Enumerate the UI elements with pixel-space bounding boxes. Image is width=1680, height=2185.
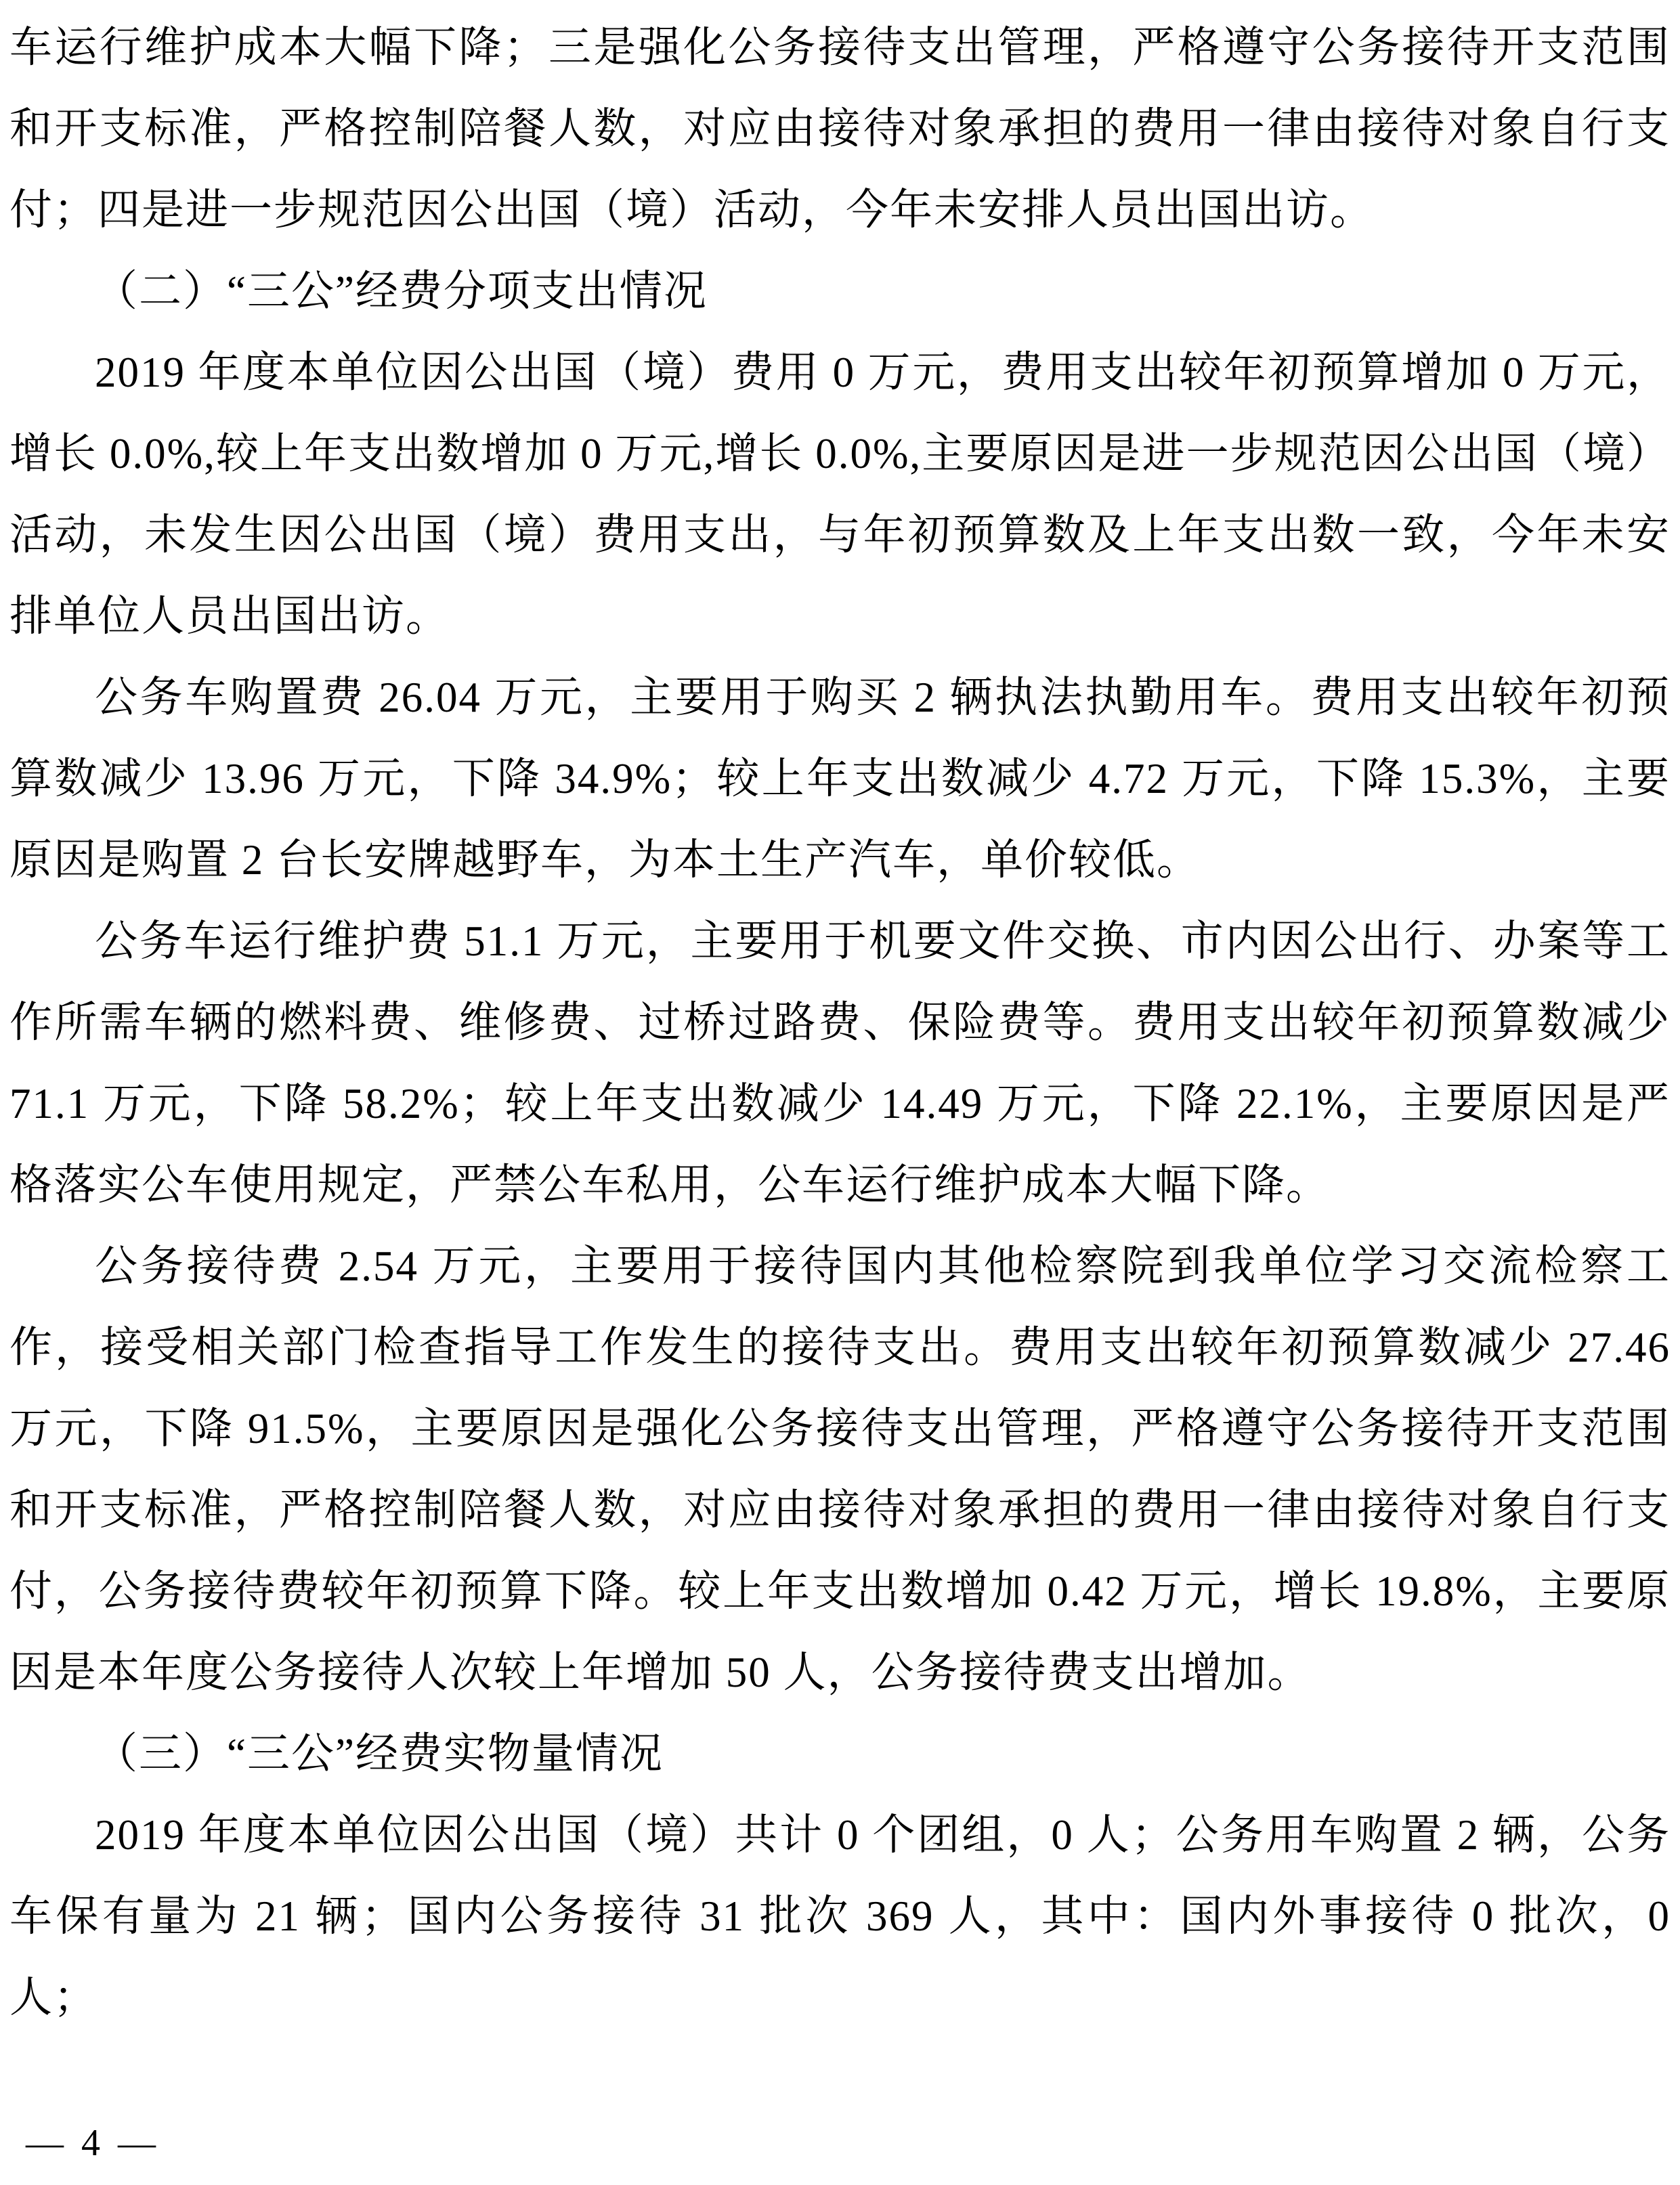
paragraph-continuation: 车运行维护成本大幅下降；三是强化公务接待支出管理，严格遵守公务接待开支范围和开支… (9, 7, 1671, 251)
document-body: 车运行维护成本大幅下降；三是强化公务接待支出管理，严格遵守公务接待开支范围和开支… (9, 7, 1671, 2038)
paragraph-physical-quantity: 2019 年度本单位因公出国（境）共计 0 个团组，0 人；公务用车购置 2 辆… (9, 1794, 1671, 2038)
paragraph-vehicle-maintenance-expense: 公务车运行维护费 51.1 万元，主要用于机要文件交换、市内因公出行、办案等工作… (9, 901, 1671, 1226)
page-number: — 4 — (26, 2121, 160, 2165)
section-heading-3: （三）“三公”经费实物量情况 (9, 1713, 1671, 1794)
paragraph-vehicle-purchase-expense: 公务车购置费 26.04 万元，主要用于购买 2 辆执法执勤用车。费用支出较年初… (9, 657, 1671, 901)
document-page: 车运行维护成本大幅下降；三是强化公务接待支出管理，严格遵守公务接待开支范围和开支… (0, 0, 1680, 2185)
section-heading-2: （二）“三公”经费分项支出情况 (9, 251, 1671, 332)
paragraph-abroad-expense: 2019 年度本单位因公出国（境）费用 0 万元，费用支出较年初预算增加 0 万… (9, 332, 1671, 657)
paragraph-official-reception-expense: 公务接待费 2.54 万元，主要用于接待国内其他检察院到我单位学习交流检察工作，… (9, 1226, 1671, 1713)
